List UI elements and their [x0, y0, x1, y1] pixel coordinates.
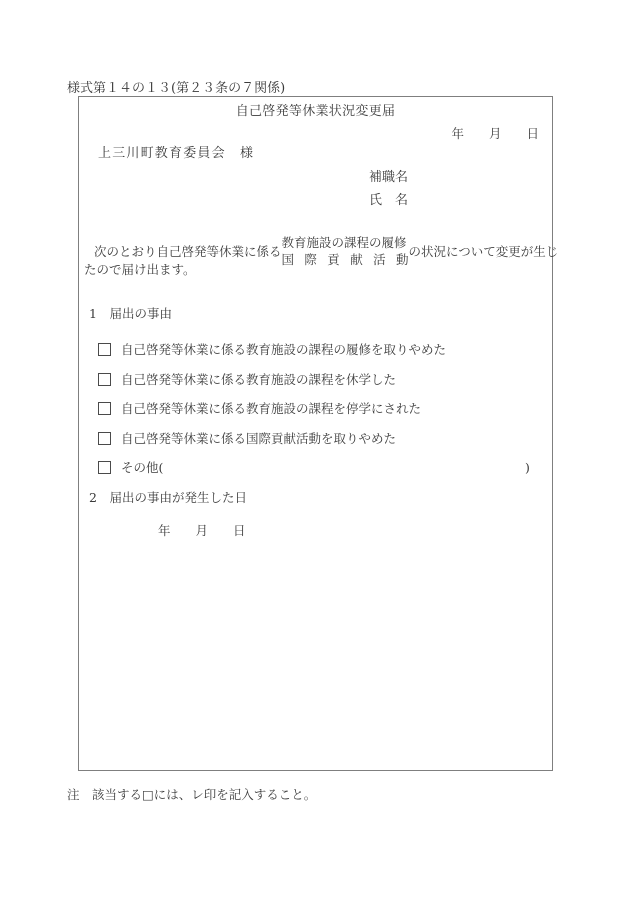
reason-label: 自己啓発等休業に係る教育施設の課程を停学にされた [121, 400, 421, 417]
addressee-line: 上三川町教育委員会 様 [98, 145, 254, 162]
section1-heading: 1 届出の事由 [89, 305, 172, 322]
other-close-paren: ) [525, 459, 530, 476]
checkbox-icon[interactable] [98, 461, 111, 474]
body-paragraph-line2: たので届け出ます。 [84, 261, 196, 278]
stacked-alternatives: 教育施設の課程の履修 国 際 貢 献 活 動 [282, 234, 409, 268]
form-code-heading: 様式第１４の１３(第２３条の７関係) [67, 80, 285, 97]
section2-heading: 2 届出の事由が発生した日 [89, 489, 247, 506]
date-line-top: 年 月 日 [451, 125, 539, 142]
reason-row-stopped-activity: 自己啓発等休業に係る国際貢献活動を取りやめた [98, 430, 396, 447]
stacked-option-course: 教育施設の課程の履修 [282, 234, 409, 251]
checkbox-icon[interactable] [98, 402, 111, 415]
body-tail-text: の状況について変更が生じ [409, 243, 559, 260]
form-title: 自己啓発等休業状況変更届 [79, 103, 552, 120]
other-reason-field[interactable] [163, 460, 518, 475]
checkbox-icon[interactable] [98, 432, 111, 445]
reason-row-withdrew-course: 自己啓発等休業に係る教育施設の課程の履修を取りやめた [98, 341, 446, 358]
reason-row-leave-of-absence: 自己啓発等休業に係る教育施設の課程を休学した [98, 371, 396, 388]
name-label: 氏 名 [369, 192, 408, 209]
checkbox-icon[interactable] [98, 343, 111, 356]
stacked-option-international: 国 際 貢 献 活 動 [282, 251, 409, 268]
position-title-label: 補職名 [369, 169, 408, 186]
checkbox-icon[interactable] [98, 373, 111, 386]
occurrence-date-line: 年 月 日 [158, 522, 246, 539]
form-border-box: 自己啓発等休業状況変更届 年 月 日 上三川町教育委員会 様 補職名 氏 名 次… [78, 96, 553, 771]
reason-row-other: その他( [98, 459, 518, 476]
body-lead-text: 次のとおり自己啓発等休業に係る [94, 243, 282, 260]
reason-label: その他( [121, 459, 163, 476]
reason-label: 自己啓発等休業に係る国際貢献活動を取りやめた [121, 430, 396, 447]
document-page: 様式第１４の１３(第２３条の７関係) 自己啓発等休業状況変更届 年 月 日 上三… [0, 0, 630, 903]
footnote: 注 該当する□には、レ印を記入すること。 [67, 786, 316, 803]
reason-label: 自己啓発等休業に係る教育施設の課程の履修を取りやめた [121, 341, 446, 358]
reason-label: 自己啓発等休業に係る教育施設の課程を休学した [121, 371, 396, 388]
reason-row-suspended: 自己啓発等休業に係る教育施設の課程を停学にされた [98, 400, 421, 417]
